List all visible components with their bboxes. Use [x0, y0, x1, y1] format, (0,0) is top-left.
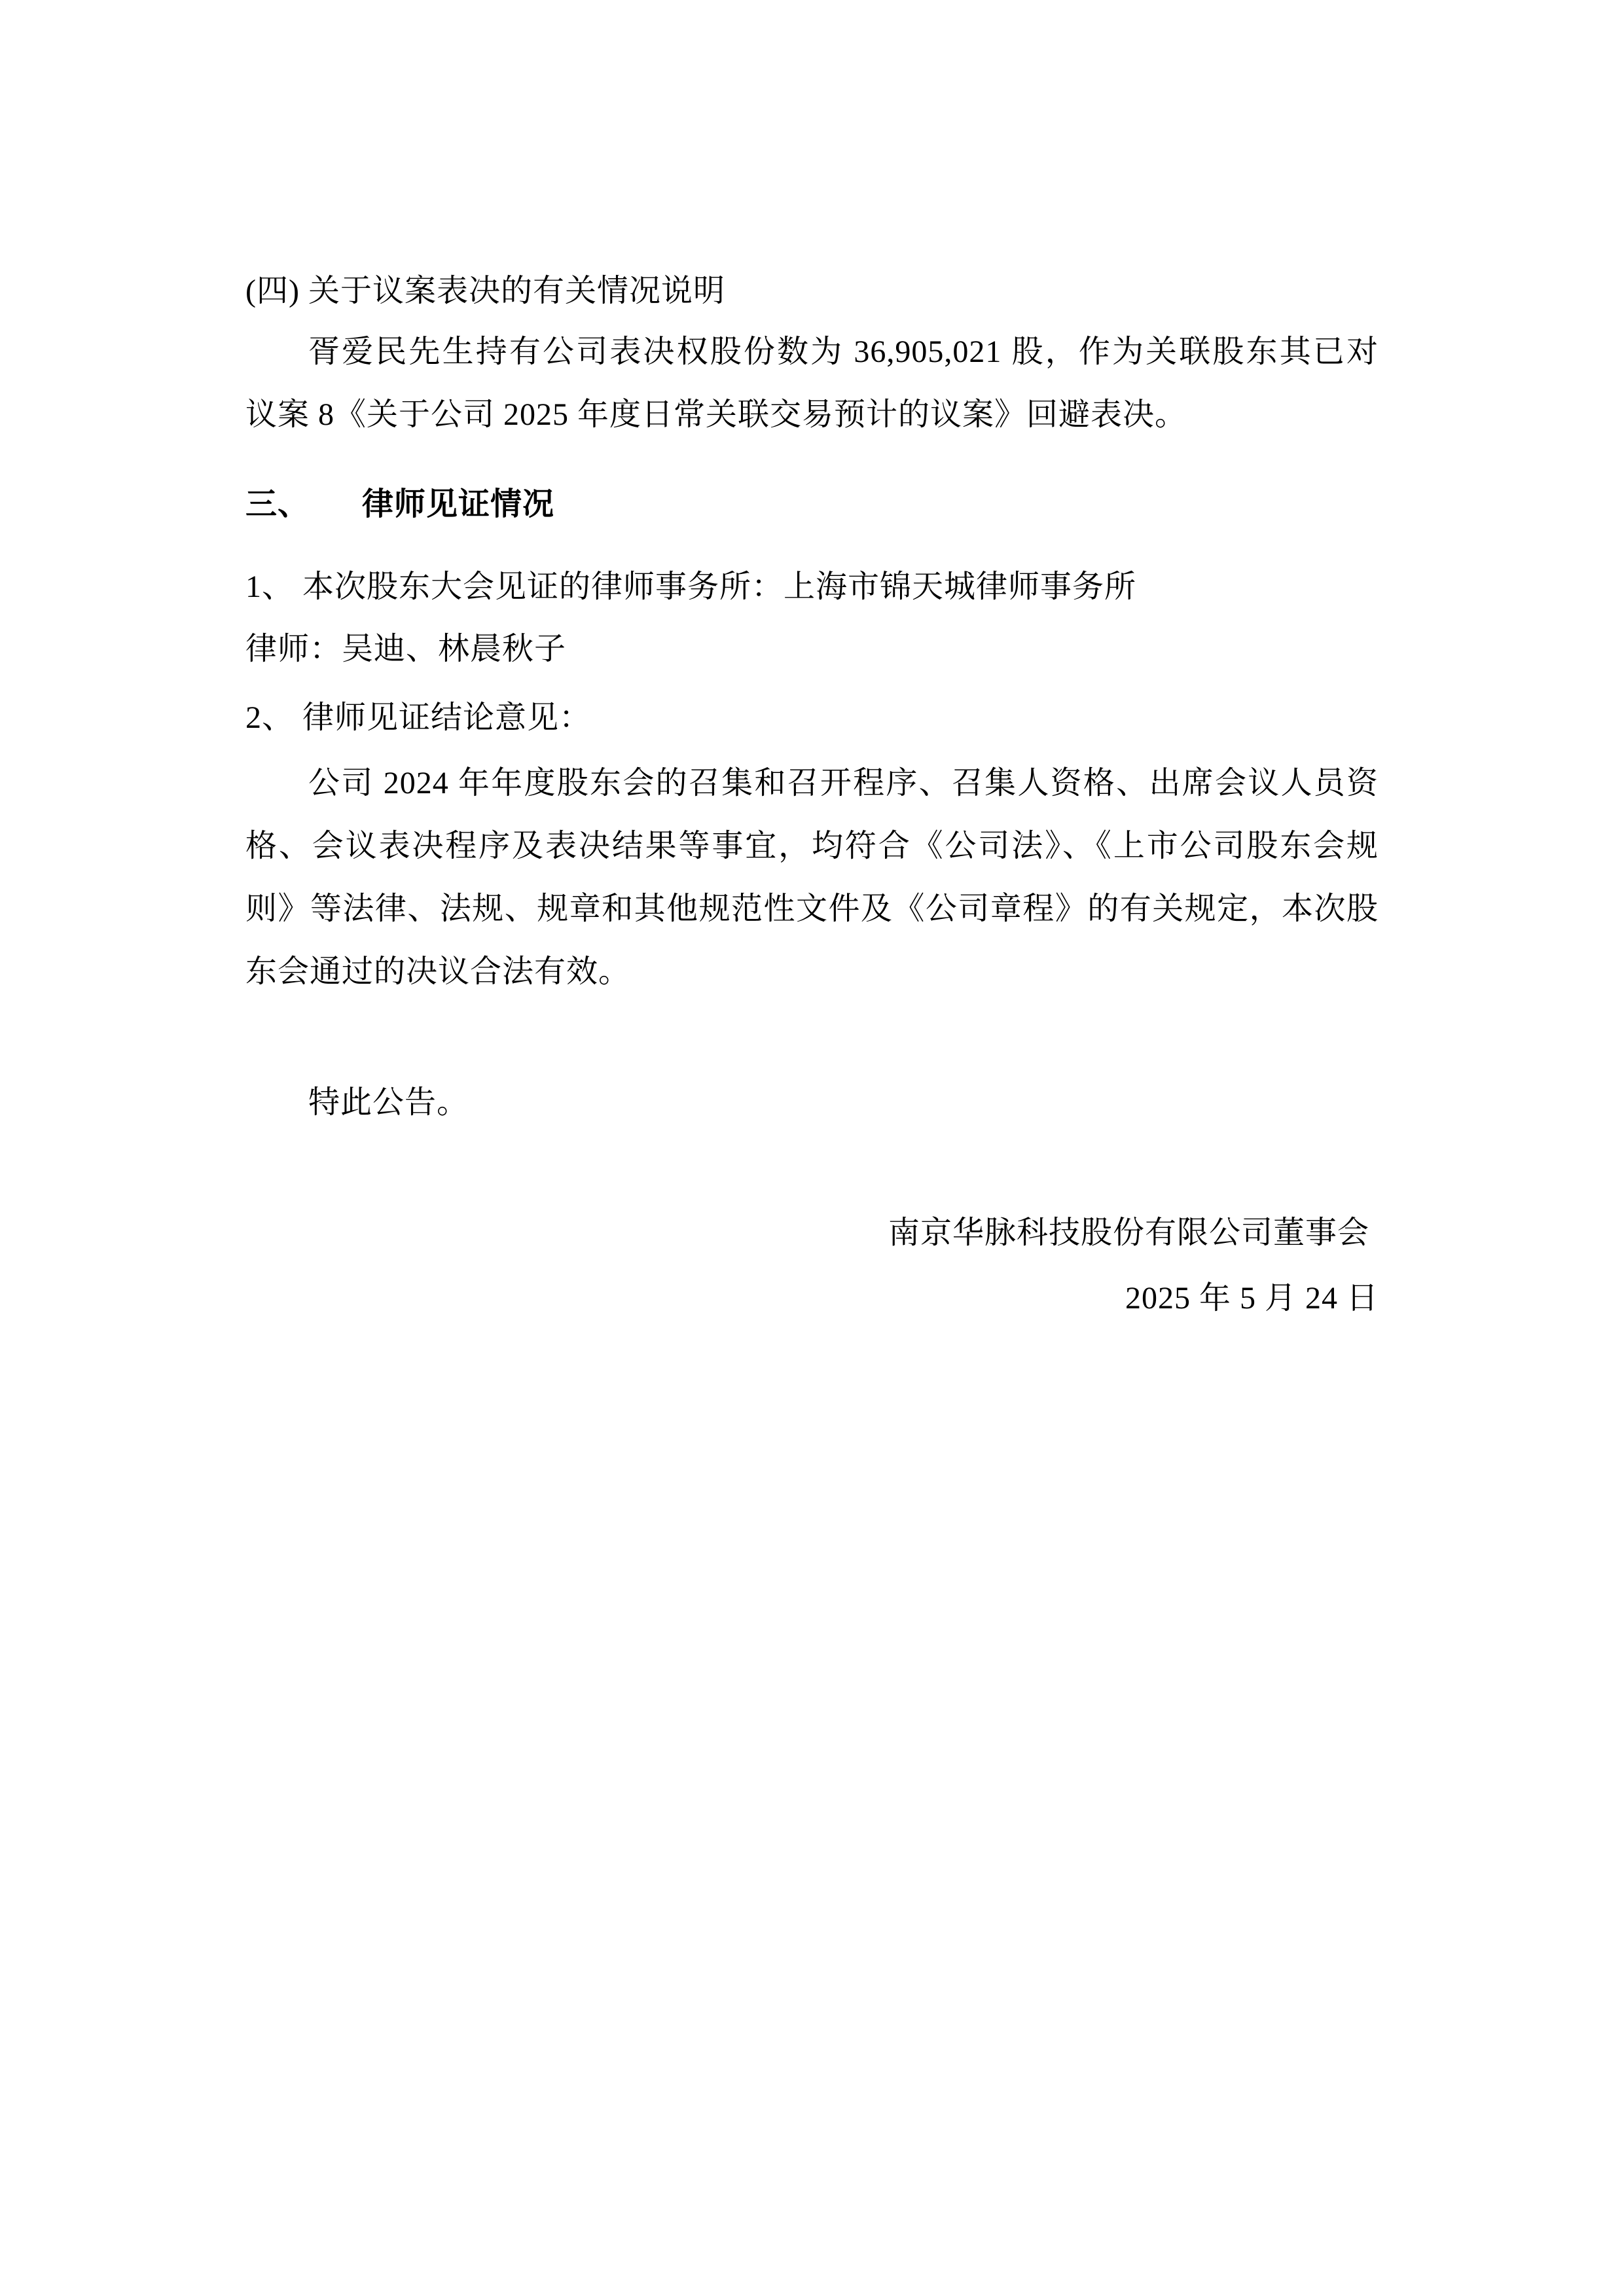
date-block: 2025 年 5 月 24 日 [245, 1267, 1379, 1330]
signature-company: 南京华脉科技股份有限公司董事会 [245, 1202, 1379, 1265]
subsection-heading-4-text: (四) 关于议案表决的有关情况说明 [245, 260, 1379, 323]
paragraph-line: 格、会议表决程序及表决结果等事宜，均符合《公司法》、《上市公司股东会规 [245, 815, 1379, 878]
closing-statement: 特此公告。 [245, 1071, 1379, 1134]
document-page: (四) 关于议案表决的有关情况说明 胥爱民先生持有公司表决权股份数为 36,90… [0, 0, 1624, 2296]
paragraph-line: 议案 8《关于公司 2025 年度日常关联交易预计的议案》回避表决。 [245, 384, 1379, 446]
section-heading-3-number: 三、 [245, 487, 310, 522]
paragraph-line: 东会通过的决议合法有效。 [245, 941, 1379, 1003]
list-item-law-firm: 1、 本次股东大会见证的律师事务所：上海市锦天城律师事务所 [245, 556, 1379, 619]
list-item-conclusion: 2、 律师见证结论意见： [245, 687, 1379, 749]
section-heading-3-text: 三、律师见证情况 [245, 473, 1379, 536]
list-item-law-firm-text: 1、 本次股东大会见证的律师事务所：上海市锦天城律师事务所 [245, 556, 1379, 619]
section-heading-3-title: 律师见证情况 [362, 487, 554, 522]
lawyers-line-text: 律师：吴迪、林晨秋子 [245, 618, 1379, 681]
paragraph-conclusion: 公司 2024 年年度股东会的召集和召开程序、召集人资格、出席会议人员资 格、会… [245, 752, 1379, 1003]
list-item-conclusion-text: 2、 律师见证结论意见： [245, 687, 1379, 749]
paragraph-line: 公司 2024 年年度股东会的召集和召开程序、召集人资格、出席会议人员资 [245, 752, 1379, 815]
closing-statement-text: 特此公告。 [245, 1071, 1379, 1134]
subsection-heading-4: (四) 关于议案表决的有关情况说明 [245, 260, 1379, 323]
lawyers-line: 律师：吴迪、林晨秋子 [245, 618, 1379, 681]
paragraph-line: 胥爱民先生持有公司表决权股份数为 36,905,021 股，作为关联股东其已对 [245, 321, 1379, 384]
paragraph-vote-abstention: 胥爱民先生持有公司表决权股份数为 36,905,021 股，作为关联股东其已对 … [245, 321, 1379, 446]
section-heading-3: 三、律师见证情况 [245, 473, 1379, 536]
signature-date: 2025 年 5 月 24 日 [245, 1267, 1379, 1330]
paragraph-line: 则》等法律、法规、规章和其他规范性文件及《公司章程》的有关规定，本次股 [245, 878, 1379, 941]
signature-block: 南京华脉科技股份有限公司董事会 [245, 1202, 1379, 1265]
